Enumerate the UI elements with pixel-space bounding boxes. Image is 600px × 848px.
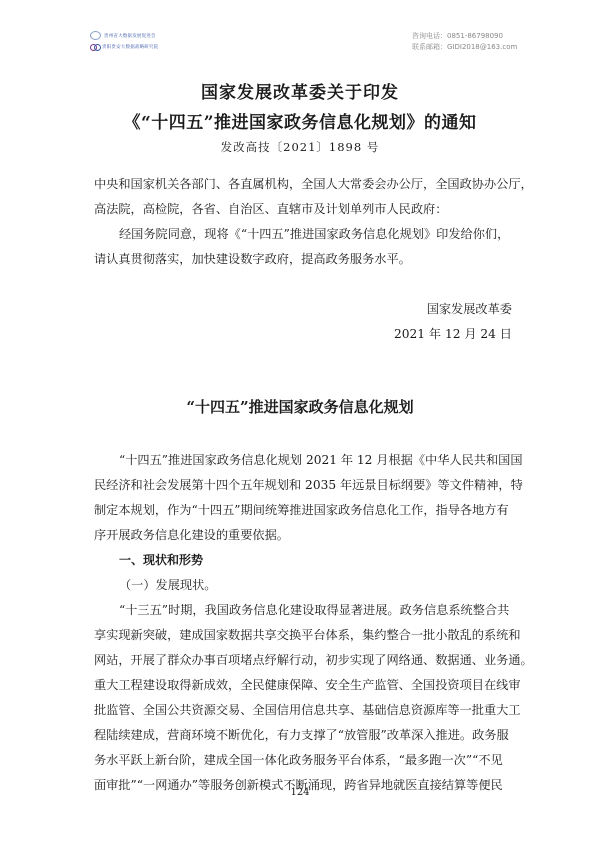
signature-date: 2021 年 12 月 24 日 [394, 325, 512, 342]
section-heading: 一、现状和形势 [94, 548, 514, 573]
email-label: 联系邮箱： [412, 43, 447, 51]
plan-intro: “十四五”推进国家政务信息化规划 2021 年 12 月根据《中华人民共和国国 … [94, 448, 514, 798]
institute-logo-icon [90, 43, 100, 50]
recipients-line: 高法院，高检院，各省、自治区、直辖市及计划单列市人民政府： [94, 197, 514, 222]
phone-row: 咨询电话：0851-86798090 [412, 31, 517, 42]
status-line: 网站，开展了群众办事百项堵点纾解行动，初步实现了网络通、数据通、业务通。 [94, 648, 514, 673]
intro-line: “十四五”推进国家政务信息化规划 2021 年 12 月根据《中华人民共和国国 [94, 448, 514, 473]
phone-label: 咨询电话： [412, 32, 447, 40]
institute-name: 贵阳贵安大数据战略研究院 [102, 44, 158, 50]
notice-title-line2: 《“十四五”推进国家政务信息化规划》的通知 [0, 108, 600, 133]
recipients: 中央和国家机关各部门、各直属机构，全国人大常委会办公厅，全国政协办公厅， 高法院… [94, 172, 514, 272]
intro-line: 序开展政务信息化建设的重要依据。 [94, 523, 514, 548]
page-number: 124 [0, 787, 600, 798]
status-line: 享实现新突破，建成国家数据共享交换平台体系，集约整合一批小散乱的系统和 [94, 623, 514, 648]
logo-block: 贵州省大数据发展促进会 贵阳贵安大数据战略研究院 [90, 30, 170, 52]
notice-body-line: 经国务院同意，现将《“十四五”推进国家政务信息化规划》印发给你们， [94, 222, 514, 247]
notice-body-line: 请认真贯彻落实，加快建设数字政府，提高政务服务水平。 [94, 247, 514, 272]
document-number: 发改高技〔2021〕1898 号 [0, 139, 600, 155]
association-name: 贵州省大数据发展促进会 [104, 33, 156, 39]
page-header: 贵州省大数据发展促进会 贵阳贵安大数据战略研究院 咨询电话：0851-86798… [0, 0, 600, 56]
status-line: 重大工程建设取得新成效，全民健康保障、安全生产监管、全国投资项目在线审 [94, 673, 514, 698]
status-line: 批监管、全国公共资源交易、全国信用信息共享、基础信息资源库等一批重大工 [94, 698, 514, 723]
intro-line: 民经济和社会发展第十四个五年规划和 2035 年远景目标纲要》等文件精神，特 [94, 473, 514, 498]
association-logo-icon [90, 31, 101, 40]
signature-org: 国家发展改革委 [427, 300, 512, 317]
phone-number: 0851-86798090 [447, 32, 503, 40]
recipients-line: 中央和国家机关各部门、各直属机构，全国人大常委会办公厅，全国政协办公厅， [94, 172, 514, 197]
email-row: 联系邮箱：GIDI2018@163.com [412, 42, 517, 53]
contact-info: 咨询电话：0851-86798090 联系邮箱：GIDI2018@163.com [412, 31, 517, 53]
notice-title-line1: 国家发展改革委关于印发 [0, 78, 600, 103]
status-line: 程陆续建成，营商环境不断优化，有力支撑了“放管服”改革深入推进。政务服 [94, 723, 514, 748]
status-line: 务水平跃上新台阶，建成全国一体化政务服务平台体系，“最多跑一次”“不见 [94, 748, 514, 773]
status-line: “十三五”时期，我国政务信息化建设取得显著进展。政务信息系统整合共 [94, 598, 514, 623]
subsection-heading: （一）发展现状。 [94, 573, 514, 598]
email-address: GIDI2018@163.com [447, 43, 517, 51]
plan-title: “十四五”推进国家政务信息化规划 [0, 396, 600, 417]
intro-line: 制定本规划，作为“十四五”期间统筹推进国家政务信息化工作，指导各地方有 [94, 498, 514, 523]
institute-logo: 贵阳贵安大数据战略研究院 [90, 41, 170, 52]
association-logo: 贵州省大数据发展促进会 [90, 30, 170, 41]
